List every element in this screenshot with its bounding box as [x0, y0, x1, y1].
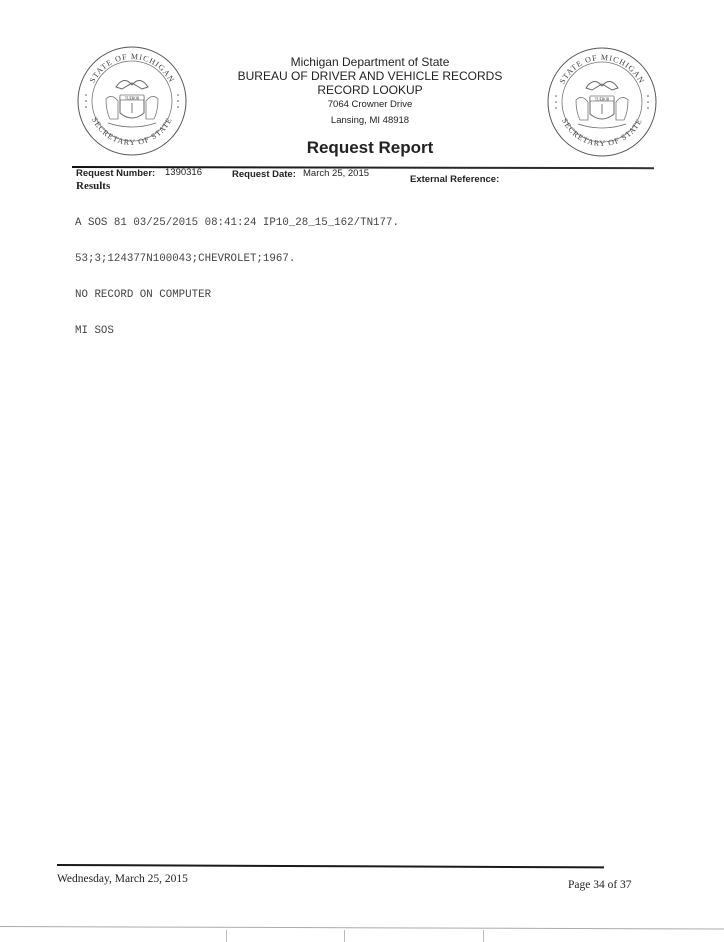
- request-date: March 25, 2015: [303, 168, 369, 179]
- page-number: Page 34 of 37: [568, 879, 632, 891]
- request-number-label: Request Number:: [76, 168, 155, 179]
- svg-text:SECRETARY OF STATE: SECRETARY OF STATE: [560, 117, 644, 148]
- svg-text:SECRETARY OF STATE: SECRETARY OF STATE: [90, 116, 174, 147]
- external-reference-label: External Reference:: [410, 174, 499, 185]
- request-date-label: Request Date:: [232, 169, 296, 180]
- svg-text:TUEBOR: TUEBOR: [595, 97, 610, 101]
- scan-artifact: [344, 930, 345, 942]
- results-body: A SOS 81 03/25/2015 08:41:24 IP10_28_15_…: [75, 193, 399, 349]
- michigan-seal-right: STATE OF MICHIGAN SECRETARY OF STATE TUE…: [546, 46, 658, 158]
- address-line-1: 7064 Crowner Drive: [200, 98, 540, 112]
- results-line: 53;3;124377N100043;CHEVROLET;1967.: [75, 253, 399, 265]
- bureau-name: BUREAU OF DRIVER AND VEHICLE RECORDS: [200, 69, 540, 83]
- scan-page-edge: [0, 926, 724, 930]
- report-header: Michigan Department of State BUREAU OF D…: [200, 55, 540, 158]
- michigan-seal-left: STATE OF MICHIGAN SECRETARY OF STATE TUE…: [76, 45, 188, 157]
- scan-artifact: [226, 930, 227, 942]
- seal-icon: STATE OF MICHIGAN SECRETARY OF STATE TUE…: [76, 45, 188, 157]
- footer-divider: [57, 864, 604, 868]
- results-line: A SOS 81 03/25/2015 08:41:24 IP10_28_15_…: [75, 217, 399, 229]
- seal-icon: STATE OF MICHIGAN SECRETARY OF STATE TUE…: [546, 46, 658, 158]
- results-line: NO RECORD ON COMPUTER: [75, 289, 399, 301]
- report-subtitle: RECORD LOOKUP: [200, 83, 540, 97]
- results-line: MI SOS: [75, 325, 399, 337]
- results-heading: Results: [76, 180, 110, 192]
- request-number: 1390316: [165, 167, 202, 178]
- department-name: Michigan Department of State: [200, 55, 540, 69]
- page-title: Request Report: [200, 138, 540, 158]
- svg-text:TUEBOR: TUEBOR: [125, 96, 140, 100]
- address-line-2: Lansing, MI 48918: [200, 114, 540, 128]
- footer-date: Wednesday, March 25, 2015: [57, 873, 188, 885]
- scan-artifact: [483, 930, 484, 942]
